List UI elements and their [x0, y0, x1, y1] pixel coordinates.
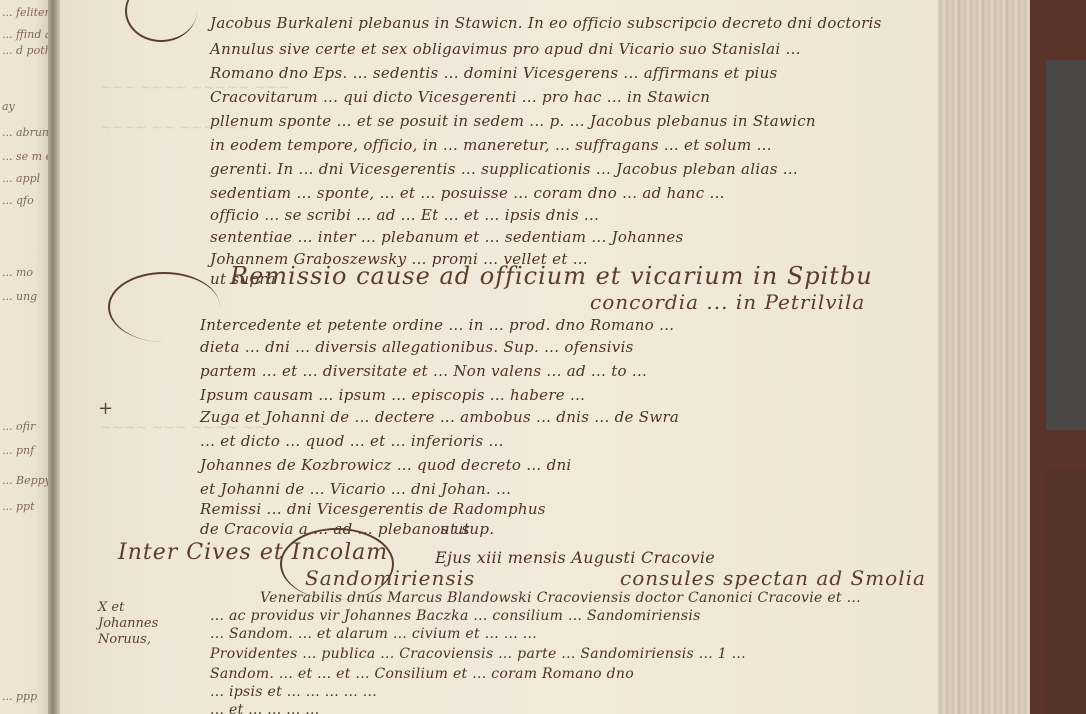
left-fragment: ... ofir	[2, 420, 35, 433]
entry2-heading: Remissio cause ad officium et vicarium i…	[230, 262, 873, 290]
left-fragment: ... abrunt	[2, 126, 50, 139]
entry2-line: Zuga et Johanni de ... dectere ... ambob…	[200, 408, 679, 426]
left-fragment: ... mo	[2, 266, 33, 279]
left-fragment: ... qfo	[2, 194, 34, 207]
cover-panel	[1046, 60, 1086, 430]
entry3-heading-end: consules spectan ad Smolia	[620, 566, 926, 590]
left-fragment: ... d poth	[2, 44, 50, 57]
entry1-line: Annulus sive certe et sex obligavimus pr…	[210, 40, 801, 58]
entry3-line: ... Sandom. ... et alarum ... civium et …	[210, 626, 537, 642]
entry1-line: Jacobus Burkaleni plebanus in Stawicn. I…	[210, 14, 882, 32]
entry3-line: ... ac providus vir Johannes Baczka ... …	[210, 608, 701, 624]
entry3-line: Sandom. ... et ... et ... Consilium et .…	[210, 666, 634, 682]
page-edges	[938, 0, 1030, 714]
entry3-line: ... et ... ... ... ...	[210, 702, 320, 714]
margin-note: X et Johannes Noruus,	[98, 600, 168, 648]
entry3-line: Venerabilis dnus Marcus Blandowski Craco…	[260, 590, 861, 606]
book-gutter	[48, 0, 60, 714]
entry1-line: officio ... se scribi ... ad ... Et ... …	[210, 206, 599, 224]
entry1-line: Romano dno Eps. ... sedentis ... domini …	[210, 64, 778, 82]
entry2-line: Ipsum causam ... ipsum ... episcopis ...…	[200, 386, 585, 404]
entry2-line: Remissi ... dni Vicesgerentis de Radomph…	[200, 500, 546, 518]
entry1-line: sedentiam ... sponte, ... et ... posuiss…	[210, 184, 725, 202]
entry2-line: ... et dicto ... quod ... et ... inferio…	[200, 432, 504, 450]
entry2-line: et Johanni de ... Vicario ... dni Johan.…	[200, 480, 511, 498]
entry1-line: Cracovitarum ... qui dicto Vicesgerenti …	[210, 88, 710, 106]
entry2-line: partem ... et ... diversitate et ... Non…	[200, 362, 647, 380]
entry2-line: ut sup.	[440, 520, 494, 538]
entry3-line: ... ipsis et ... ... ... ... ...	[210, 684, 377, 700]
facing-page-left: ... feliter ... ffind ap ... d poth ay .…	[0, 0, 50, 714]
left-fragment: ... feliter	[2, 6, 50, 19]
entry2-line: dieta ... dni ... diversis allegationibu…	[200, 338, 634, 356]
entry1-line: sententiae ... inter ... plebanum et ...…	[210, 228, 684, 246]
entry1-line: pllenum sponte ... et se posuit in sedem…	[210, 112, 816, 130]
entry1-line: in eodem tempore, officio, in ... manere…	[210, 136, 772, 154]
cross-mark: +	[98, 398, 113, 419]
left-fragment: ... se m ed	[2, 150, 50, 163]
left-fragment: ay	[2, 100, 15, 113]
left-fragment: ... ppt	[2, 500, 35, 513]
left-fragment: ... appl	[2, 172, 40, 185]
left-fragment: ... ffind ap	[2, 28, 50, 41]
entry1-line: gerenti. In ... dni Vicesgerentis ... su…	[210, 160, 798, 178]
manuscript-page: ~~~ ~~~~ ~~~~~ ~~~ ~~~~ ~~ ~~~~~~ ~~~~ ~…	[60, 0, 940, 714]
entry2-line: Intercedente et petente ordine ... in ..…	[200, 316, 674, 334]
entry3-line: Providentes ... publica ... Cracoviensis…	[210, 646, 746, 662]
initial-flourish	[125, 0, 197, 42]
entry3-date-line: Ejus xiii mensis Augusti Cracovie	[435, 548, 715, 567]
entry2-line: Johannes de Kozbrowicz ... quod decreto …	[200, 456, 572, 474]
left-fragment: ... Beppy	[2, 474, 50, 487]
entry2-subheading: concordia ... in Petrilvila	[590, 290, 865, 314]
cover-panel-lower	[1046, 470, 1086, 714]
left-fragment: ... ppp	[2, 690, 37, 703]
left-fragment: ... ung	[2, 290, 37, 303]
left-fragment: ... pnf	[2, 444, 34, 457]
